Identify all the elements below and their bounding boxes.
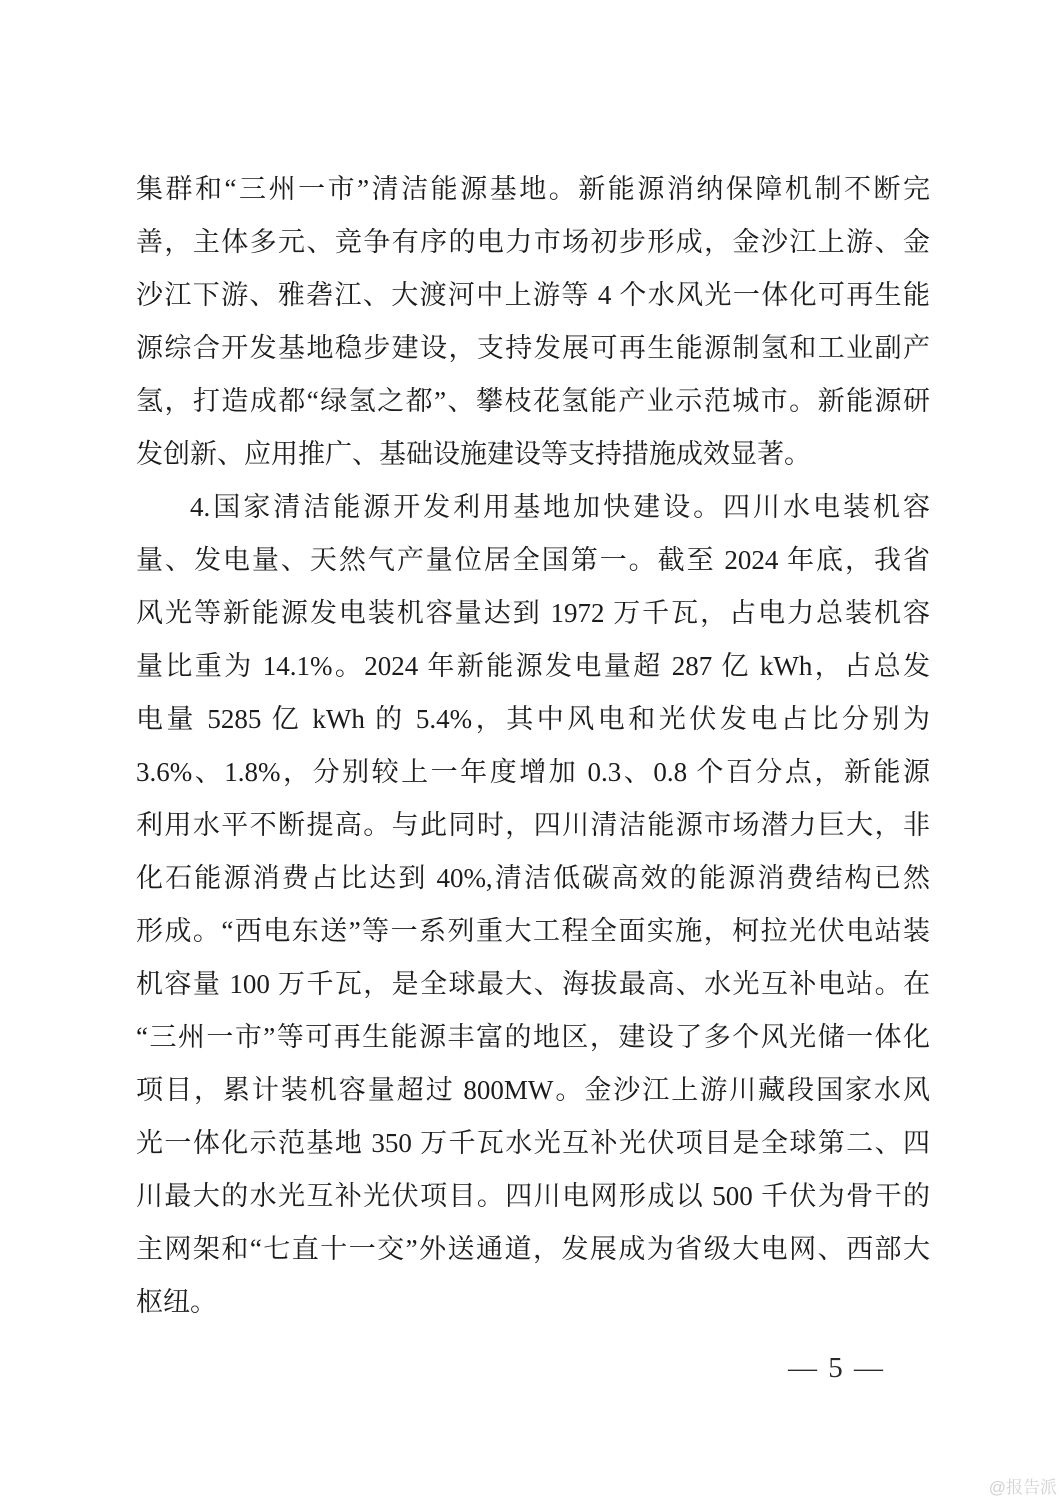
text-line: 氢，打造成都“绿氢之都”、攀枝花氢能产业示范城市。新能源研 (136, 375, 930, 428)
text-line: 3.6%、1.8%，分别较上一年度增加 0.3、0.8 个百分点，新能源 (136, 746, 930, 799)
text-line: 发创新、应用推广、基础设施建设等支持措施成效显著。 (136, 428, 930, 481)
text-line: 善，主体多元、竞争有序的电力市场初步形成，金沙江上游、金 (136, 216, 930, 269)
text-line: 机容量 100 万千瓦，是全球最大、海拔最高、水光互补电站。在 (136, 958, 930, 1011)
text-line: 化石能源消费占比达到 40%,清洁低碳高效的能源消费结构已然 (136, 852, 930, 905)
text-line: 项目，累计装机容量超过 800MW。金沙江上游川藏段国家水风 (136, 1064, 930, 1117)
paragraph: 集群和“三州一市”清洁能源基地。新能源消纳保障机制不断完 善，主体多元、竞争有序… (136, 163, 930, 481)
text-line: 集群和“三州一市”清洁能源基地。新能源消纳保障机制不断完 (136, 163, 930, 216)
text-line: 电量 5285 亿 kWh 的 5.4%，其中风电和光伏发电占比分别为 (136, 693, 930, 746)
text-line: 源综合开发基地稳步建设，支持发展可再生能源制氢和工业副产 (136, 322, 930, 375)
text-line: 量、发电量、天然气产量位居全国第一。截至 2024 年底，我省 (136, 534, 930, 587)
paragraph: 4.国家清洁能源开发利用基地加快建设。四川水电装机容 量、发电量、天然气产量位居… (136, 481, 930, 1329)
text-line: 沙江下游、雅砻江、大渡河中上游等 4 个水风光一体化可再生能 (136, 269, 930, 322)
page-number: — 5 — (136, 1342, 930, 1395)
text-line: 4.国家清洁能源开发利用基地加快建设。四川水电装机容 (136, 481, 930, 534)
watermark: @报告派 (989, 1473, 1057, 1498)
text-line: 量比重为 14.1%。2024 年新能源发电量超 287 亿 kWh，占总发 (136, 640, 930, 693)
text-line: 枢纽。 (136, 1276, 930, 1329)
text-line: 形成。“西电东送”等一系列重大工程全面实施，柯拉光伏电站装 (136, 905, 930, 958)
document-page: 集群和“三州一市”清洁能源基地。新能源消纳保障机制不断完 善，主体多元、竞争有序… (0, 0, 1061, 1500)
text-block: 集群和“三州一市”清洁能源基地。新能源消纳保障机制不断完 善，主体多元、竞争有序… (136, 163, 930, 1395)
text-line: 川最大的水光互补光伏项目。四川电网形成以 500 千伏为骨干的 (136, 1170, 930, 1223)
text-line: 风光等新能源发电装机容量达到 1972 万千瓦，占电力总装机容 (136, 587, 930, 640)
text-line: “三州一市”等可再生能源丰富的地区，建设了多个风光储一体化 (136, 1011, 930, 1064)
text-line: 利用水平不断提高。与此同时，四川清洁能源市场潜力巨大，非 (136, 799, 930, 852)
text-line: 光一体化示范基地 350 万千瓦水光互补光伏项目是全球第二、四 (136, 1117, 930, 1170)
text-line: 主网架和“七直十一交”外送通道，发展成为省级大电网、西部大 (136, 1223, 930, 1276)
